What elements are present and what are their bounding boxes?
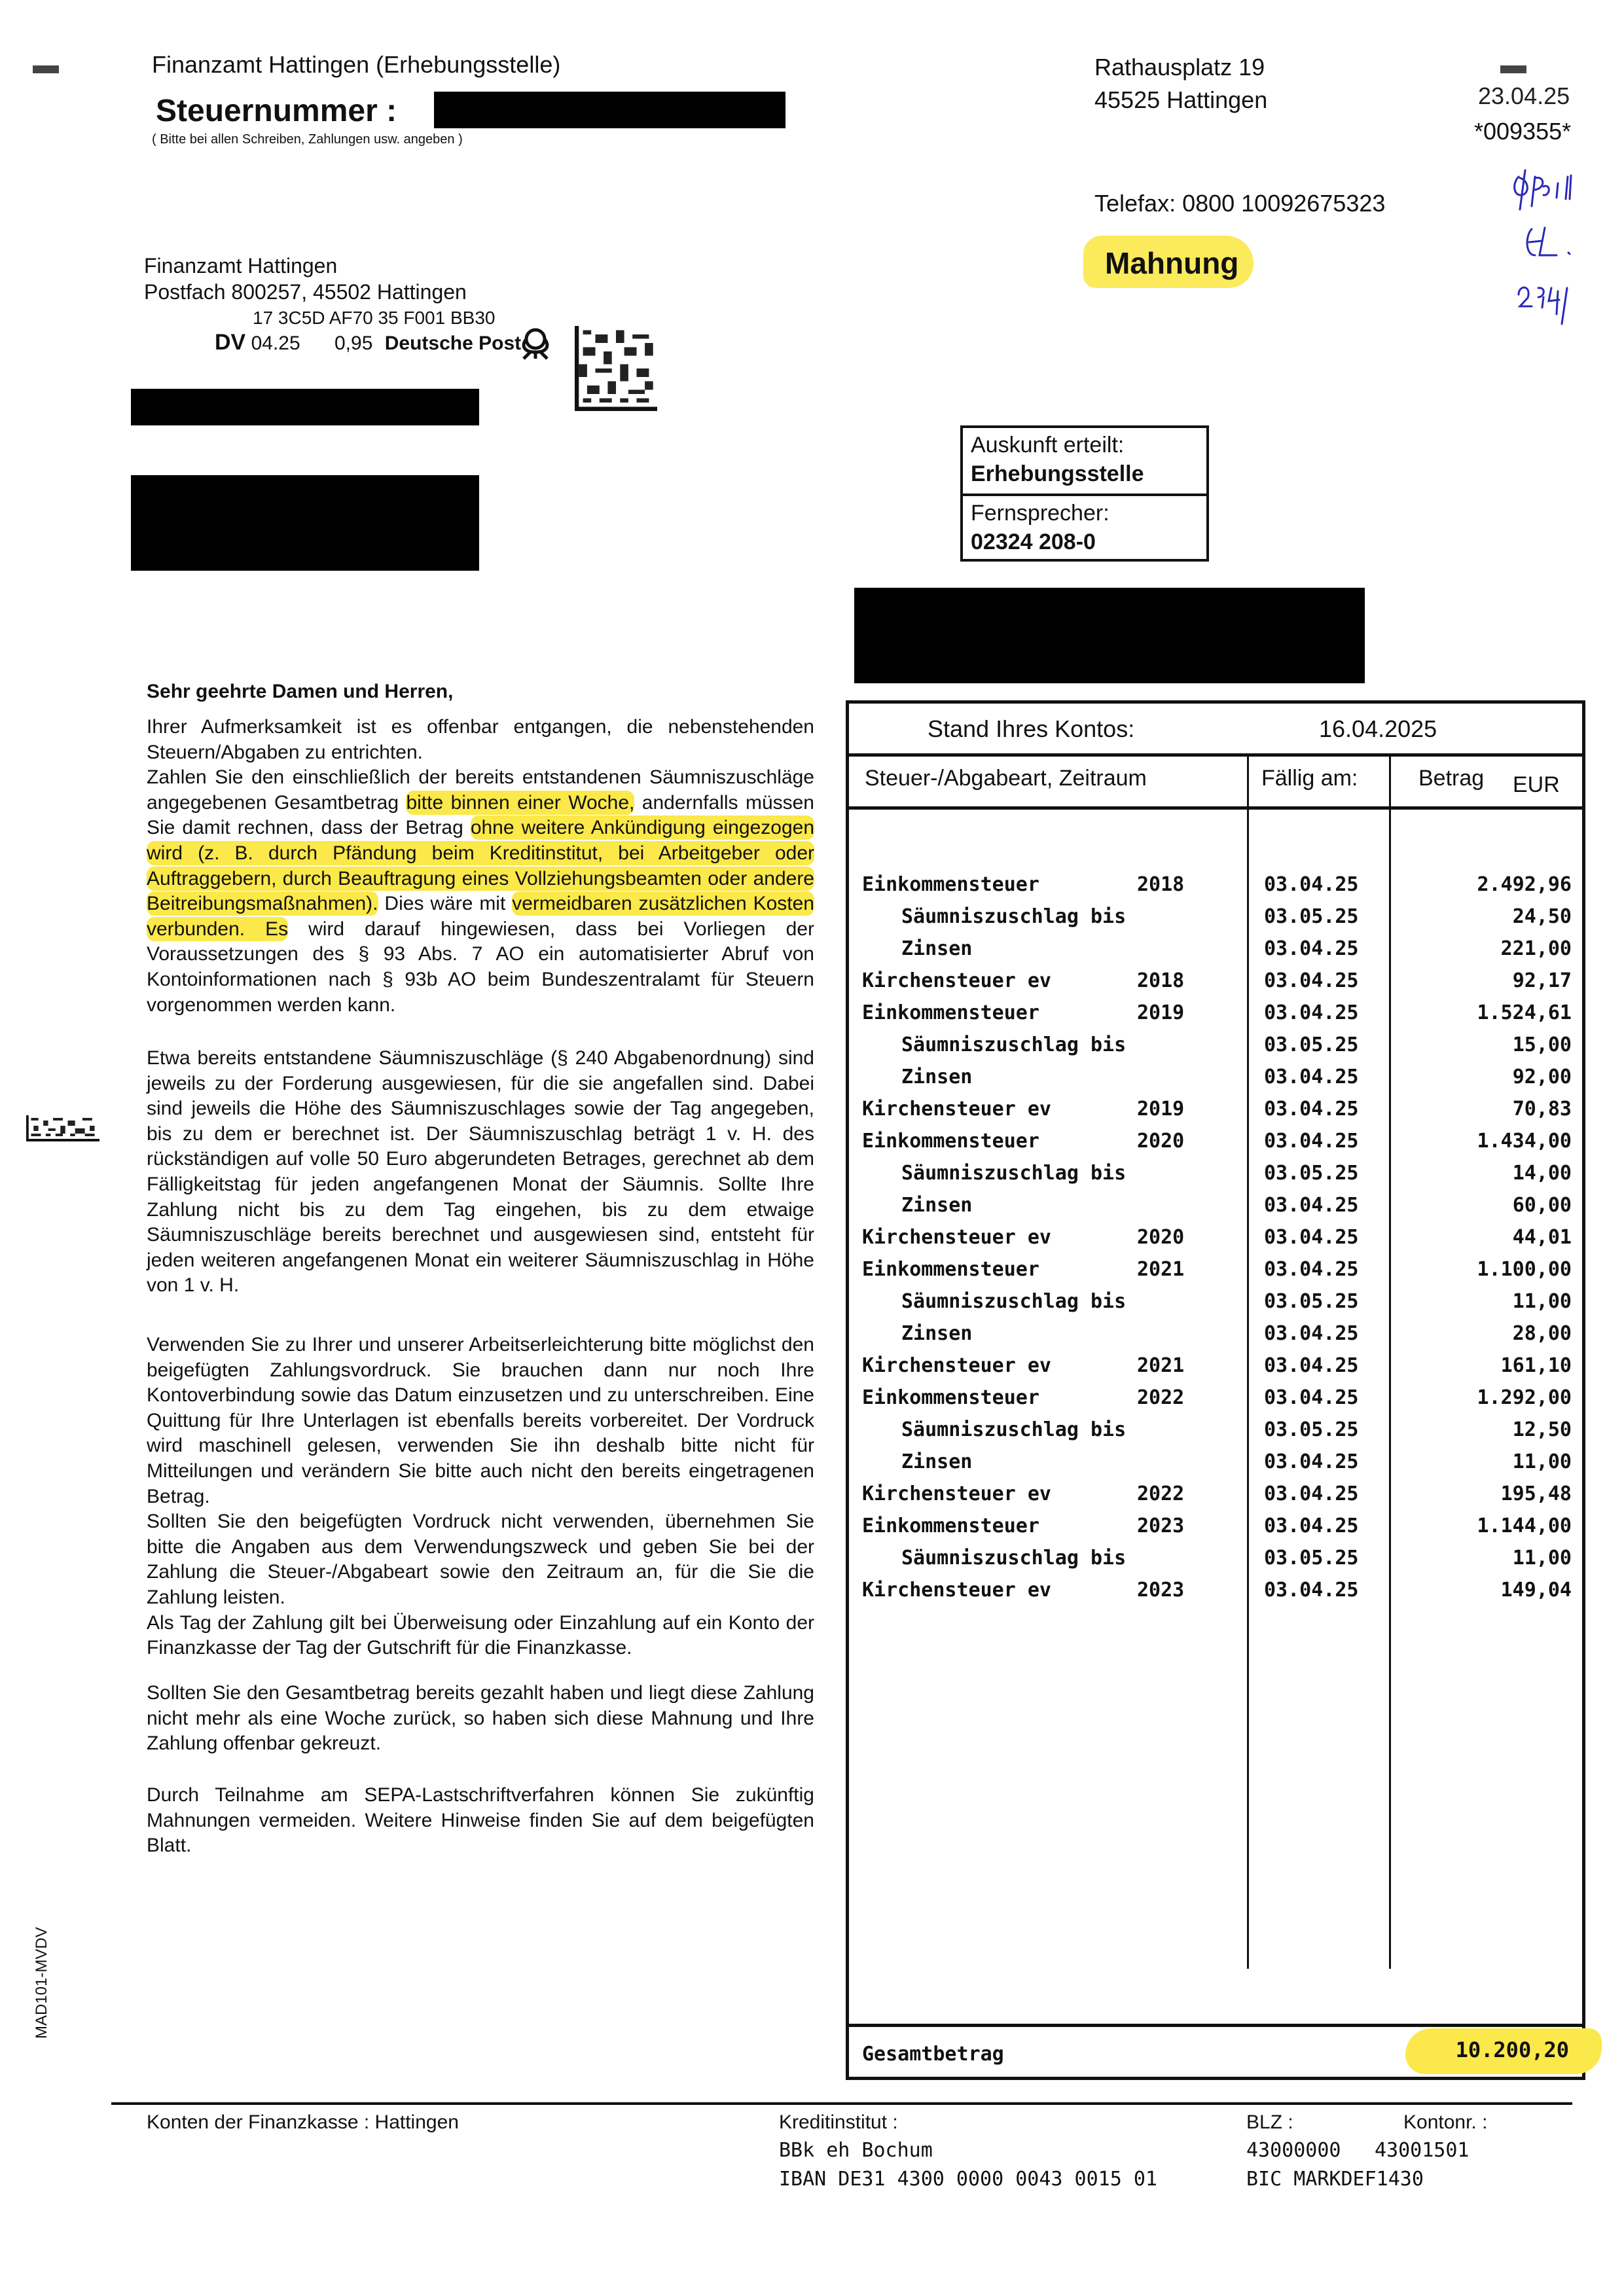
row-description: Zinsen	[901, 1322, 972, 1345]
table-row: Einkommensteuer201903.04.251.524,61	[849, 999, 1582, 1031]
row-amount: 221,00	[1501, 937, 1572, 960]
row-amount: 149,04	[1501, 1579, 1572, 1602]
row-description: Einkommensteuer	[862, 1258, 1039, 1281]
table-row: Kirchensteuer ev201803.04.2592,17	[849, 967, 1582, 999]
table-header-row: Steuer-/Abgabeart, Zeitraum Fällig am: B…	[849, 757, 1582, 810]
row-amount: 11,00	[1513, 1450, 1572, 1473]
fold-mark	[33, 65, 59, 73]
row-due-date: 03.04.25	[1264, 1579, 1359, 1602]
paragraph-payment-date: Als Tag der Zahlung gilt bei Überweisung…	[147, 1611, 814, 1661]
address-street: Rathausplatz 19	[1094, 51, 1267, 84]
row-amount: 11,00	[1513, 1547, 1572, 1570]
franking-dv: DV	[215, 330, 245, 355]
footer-bic: BIC MARKDEF1430	[1246, 2168, 1424, 2191]
row-description: Säumniszuschlag bis	[901, 1162, 1126, 1185]
redacted-recipient-name	[131, 389, 479, 425]
row-due-date: 03.05.25	[1264, 1290, 1359, 1313]
table-row: Einkommensteuer202203.04.251.292,00	[849, 1384, 1582, 1416]
row-due-date: 03.04.25	[1264, 1194, 1359, 1217]
table-body: Einkommensteuer201803.04.252.492,96Säumn…	[849, 806, 1582, 1969]
row-description: Kirchensteuer ev	[862, 1226, 1051, 1249]
row-due-date: 03.04.25	[1264, 1098, 1359, 1121]
paragraph-form-alternative: Sollten Sie den beigefügten Vordruck nic…	[147, 1509, 814, 1610]
row-description: Einkommensteuer	[862, 1001, 1039, 1024]
row-description: Säumniszuschlag bis	[901, 1547, 1126, 1570]
sender-name: Finanzamt Hattingen (Erhebungsstelle)	[152, 51, 560, 79]
row-year: 2018	[1137, 969, 1184, 992]
column-divider	[1389, 757, 1391, 806]
row-due-date: 03.04.25	[1264, 1066, 1359, 1088]
row-year: 2018	[1137, 873, 1184, 896]
table-row: Zinsen03.04.2511,00	[849, 1448, 1582, 1480]
footer-divider	[111, 2102, 1572, 2105]
row-due-date: 03.05.25	[1264, 1547, 1359, 1570]
row-amount: 161,10	[1501, 1354, 1572, 1377]
salutation: Sehr geehrte Damen und Herren,	[147, 681, 453, 703]
row-year: 2019	[1137, 1098, 1184, 1121]
franking-code: 17 3C5D AF70 35 F001 BB30	[253, 308, 495, 329]
table-row: Zinsen03.04.2560,00	[849, 1191, 1582, 1223]
paragraph-late-fees: Etwa bereits entstandene Säumniszuschläg…	[147, 1046, 814, 1299]
row-description: Zinsen	[901, 1194, 972, 1217]
table-row: Säumniszuschlag bis03.05.2512,50	[849, 1416, 1582, 1448]
handwritten-note-icon	[1506, 157, 1597, 334]
table-row: Säumniszuschlag bis03.05.2514,00	[849, 1159, 1582, 1191]
row-amount: 1.292,00	[1477, 1386, 1572, 1409]
row-year: 2023	[1137, 1579, 1184, 1602]
row-amount: 60,00	[1513, 1194, 1572, 1217]
row-amount: 92,17	[1513, 969, 1572, 992]
table-row: Kirchensteuer ev202003.04.2544,01	[849, 1223, 1582, 1255]
return-address-line2: Postfach 800257, 45502 Hattingen	[144, 279, 467, 305]
phone-cell: Fernsprecher: 02324 208-0	[963, 493, 1206, 559]
footer-iban: IBAN DE31 4300 0000 0043 0015 01	[779, 2168, 1157, 2191]
row-amount: 1.144,00	[1477, 1515, 1572, 1537]
table-row: Einkommensteuer202103.04.251.100,00	[849, 1255, 1582, 1287]
footer-blz-value: 43000000	[1246, 2139, 1341, 2162]
row-amount: 12,50	[1513, 1418, 1572, 1441]
contact-info-box: Auskunft erteilt: Erhebungsstelle Fernsp…	[960, 425, 1209, 562]
table-row: Zinsen03.04.25221,00	[849, 935, 1582, 967]
table-row: Säumniszuschlag bis03.05.2515,00	[849, 1031, 1582, 1063]
table-rows: Einkommensteuer201803.04.252.492,96Säumn…	[849, 870, 1582, 1608]
column-header-amount: Betrag	[1418, 766, 1484, 791]
highlighted-text: bitte binnen einer Woche,	[406, 791, 634, 815]
row-description: Säumniszuschlag bis	[901, 905, 1126, 928]
address-city: 45525 Hattingen	[1094, 84, 1267, 117]
row-amount: 11,00	[1513, 1290, 1572, 1313]
footer-bank-name: BBk eh Bochum	[779, 2139, 933, 2162]
row-due-date: 03.04.25	[1264, 1515, 1359, 1537]
row-description: Säumniszuschlag bis	[901, 1418, 1126, 1441]
table-row: Einkommensteuer201803.04.252.492,96	[849, 870, 1582, 903]
row-amount: 1.434,00	[1477, 1130, 1572, 1153]
row-description: Kirchensteuer ev	[862, 969, 1051, 992]
redacted-recipient-address	[131, 475, 479, 571]
row-description: Zinsen	[901, 937, 972, 960]
row-description: Einkommensteuer	[862, 1515, 1039, 1537]
table-row: Kirchensteuer ev201903.04.2570,83	[849, 1095, 1582, 1127]
total-amount: 10.200,20	[1456, 2037, 1569, 2062]
row-amount: 1.100,00	[1477, 1258, 1572, 1281]
row-due-date: 03.04.25	[1264, 1450, 1359, 1473]
row-year: 2020	[1137, 1130, 1184, 1153]
row-due-date: 03.04.25	[1264, 969, 1359, 992]
row-description: Einkommensteuer	[862, 873, 1039, 896]
datamatrix-code-icon	[575, 326, 657, 411]
row-description: Säumniszuschlag bis	[901, 1033, 1126, 1056]
paragraph-intro: Ihrer Aufmerksamkeit ist es offenbar ent…	[147, 715, 814, 765]
table-row: Zinsen03.04.2528,00	[849, 1319, 1582, 1352]
row-amount: 2.492,96	[1477, 873, 1572, 896]
row-description: Einkommensteuer	[862, 1130, 1039, 1153]
total-label: Gesamtbetrag	[862, 2043, 1004, 2066]
footer-account-no-value: 43001501	[1375, 2139, 1470, 2162]
row-amount: 44,01	[1513, 1226, 1572, 1249]
row-due-date: 03.04.25	[1264, 1386, 1359, 1409]
row-due-date: 03.04.25	[1264, 1130, 1359, 1153]
table-row: Zinsen03.04.2592,00	[849, 1063, 1582, 1095]
return-address-line1: Finanzamt Hattingen	[144, 253, 467, 279]
row-amount: 70,83	[1513, 1098, 1572, 1121]
posthorn-icon	[517, 326, 554, 360]
row-due-date: 03.04.25	[1264, 873, 1359, 896]
paragraph-payment-form: Verwenden Sie zu Ihrer und unserer Arbei…	[147, 1333, 814, 1661]
datamatrix-code-icon	[26, 1115, 99, 1141]
row-description: Kirchensteuer ev	[862, 1354, 1051, 1377]
row-amount: 92,00	[1513, 1066, 1572, 1088]
tax-number-label: Steuernummer :	[156, 93, 397, 129]
table-row: Kirchensteuer ev202203.04.25195,48	[849, 1480, 1582, 1512]
franking-date: 04.25	[251, 332, 300, 354]
row-description: Zinsen	[901, 1450, 972, 1473]
row-year: 2022	[1137, 1386, 1184, 1409]
franking-line: DV 04.25 0,95 Deutsche Post	[215, 330, 521, 355]
row-amount: 1.524,61	[1477, 1001, 1572, 1024]
paragraph-payment-request: Zahlen Sie den einschließlich der bereit…	[147, 765, 814, 1018]
redacted-reference-block	[854, 588, 1365, 683]
footer-account-no-label: Kontonr. :	[1403, 2111, 1487, 2134]
row-due-date: 03.04.25	[1264, 1226, 1359, 1249]
contact-value: Erhebungsstelle	[971, 459, 1199, 488]
paragraph-already-paid: Sollten Sie den Gesamtbetrag bereits gez…	[147, 1681, 814, 1757]
row-description: Kirchensteuer ev	[862, 1482, 1051, 1505]
table-row: Säumniszuschlag bis03.05.2524,50	[849, 903, 1582, 935]
office-address: Rathausplatz 19 45525 Hattingen	[1094, 51, 1267, 117]
fold-mark	[1500, 65, 1526, 73]
row-due-date: 03.04.25	[1264, 1258, 1359, 1281]
column-divider	[1247, 757, 1249, 806]
table-row: Kirchensteuer ev202303.04.25149,04	[849, 1576, 1582, 1608]
row-year: 2020	[1137, 1226, 1184, 1249]
row-description: Kirchensteuer ev	[862, 1579, 1051, 1602]
row-year: 2023	[1137, 1515, 1184, 1537]
row-description: Kirchensteuer ev	[862, 1098, 1051, 1121]
table-row: Säumniszuschlag bis03.05.2511,00	[849, 1544, 1582, 1576]
account-statement-table: Stand Ihres Kontos: 16.04.2025 Steuer-/A…	[846, 700, 1585, 2080]
row-due-date: 03.04.25	[1264, 937, 1359, 960]
column-header-type: Steuer-/Abgabeart, Zeitraum	[865, 766, 1147, 791]
paragraph-form-usage: Verwenden Sie zu Ihrer und unserer Arbei…	[147, 1333, 814, 1509]
row-due-date: 03.05.25	[1264, 1033, 1359, 1056]
redacted-tax-number	[434, 92, 785, 128]
text-segment: Dies wäre mit	[378, 893, 513, 914]
row-due-date: 03.04.25	[1264, 1001, 1359, 1024]
row-year: 2021	[1137, 1354, 1184, 1377]
row-due-date: 03.05.25	[1264, 1418, 1359, 1441]
row-due-date: 03.04.25	[1264, 1482, 1359, 1505]
letter-date: 23.04.25	[1478, 82, 1570, 110]
row-year: 2022	[1137, 1482, 1184, 1505]
row-year: 2021	[1137, 1258, 1184, 1281]
row-due-date: 03.04.25	[1264, 1354, 1359, 1377]
row-amount: 15,00	[1513, 1033, 1572, 1056]
column-header-due: Fällig am:	[1261, 766, 1358, 791]
phone-value: 02324 208-0	[971, 528, 1199, 556]
row-description: Zinsen	[901, 1066, 972, 1088]
return-address: Finanzamt Hattingen Postfach 800257, 455…	[144, 253, 467, 305]
table-row: Säumniszuschlag bis03.05.2511,00	[849, 1287, 1582, 1319]
table-row: Einkommensteuer202003.04.251.434,00	[849, 1127, 1582, 1159]
franking-price: 0,95	[334, 332, 372, 354]
column-header-currency: EUR	[1513, 772, 1560, 798]
contact-cell: Auskunft erteilt: Erhebungsstelle	[963, 428, 1206, 493]
table-title-row: Stand Ihres Kontos: 16.04.2025	[849, 704, 1582, 757]
table-row: Kirchensteuer ev202103.04.25161,10	[849, 1352, 1582, 1384]
contact-label: Auskunft erteilt:	[971, 431, 1199, 459]
footer-bank-label: Kreditinstitut :	[779, 2111, 898, 2134]
table-row: Einkommensteuer202303.04.251.144,00	[849, 1512, 1582, 1544]
table-total-row: Gesamtbetrag 10.200,20	[849, 2024, 1582, 2077]
account-status-label: Stand Ihres Kontos:	[928, 715, 1134, 743]
tax-number-hint: ( Bitte bei allen Schreiben, Zahlungen u…	[152, 132, 463, 147]
row-year: 2019	[1137, 1001, 1184, 1024]
footer-accounts-label: Konten der Finanzkasse : Hattingen	[147, 2111, 459, 2134]
row-due-date: 03.05.25	[1264, 905, 1359, 928]
fax-number: Telefax: 0800 10092675323	[1094, 190, 1385, 217]
row-amount: 14,00	[1513, 1162, 1572, 1185]
row-due-date: 03.05.25	[1264, 1162, 1359, 1185]
form-code: MAD101-MVDV	[33, 1927, 51, 2039]
row-amount: 24,50	[1513, 905, 1572, 928]
phone-label: Fernsprecher:	[971, 499, 1199, 528]
reference-code: *009355*	[1474, 118, 1571, 145]
document-title: Mahnung	[1105, 245, 1238, 281]
paragraph-reminder: Ihrer Aufmerksamkeit ist es offenbar ent…	[147, 715, 814, 1018]
row-description: Säumniszuschlag bis	[901, 1290, 1126, 1313]
paragraph-sepa: Durch Teilnahme am SEPA-Lastschriftverfa…	[147, 1783, 814, 1859]
carrier-name: Deutsche Post	[385, 332, 521, 354]
footer-blz-label: BLZ :	[1246, 2111, 1293, 2134]
account-status-date: 16.04.2025	[1319, 715, 1437, 743]
row-amount: 195,48	[1501, 1482, 1572, 1505]
row-description: Einkommensteuer	[862, 1386, 1039, 1409]
row-due-date: 03.04.25	[1264, 1322, 1359, 1345]
row-amount: 28,00	[1513, 1322, 1572, 1345]
